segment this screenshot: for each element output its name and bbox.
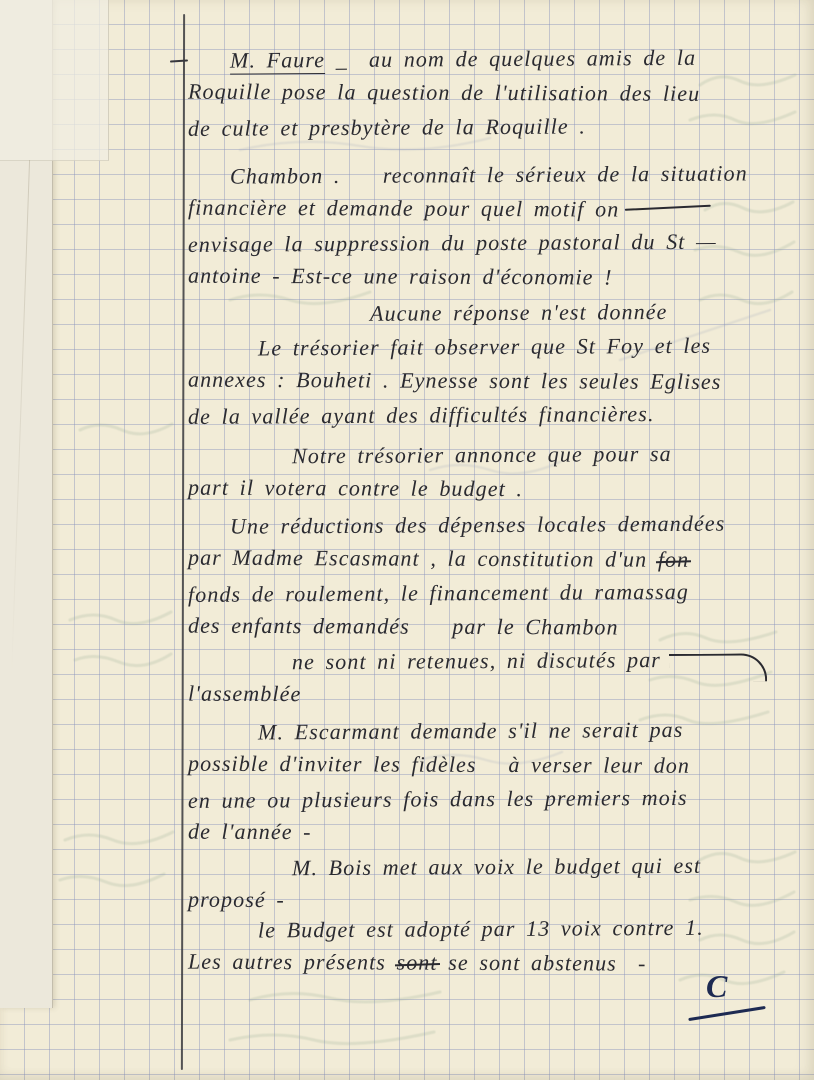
text-segment: Le trésorier fait observer que St Foy et…: [258, 333, 711, 361]
handwritten-line: M. Faure _ au nom de quelques amis de la: [188, 40, 808, 78]
paragraph: M. Escarmant demande s'il ne serait pasp…: [188, 714, 808, 850]
text-segment: de l'année -: [188, 819, 312, 845]
paragraph: Une réductions des dépenses locales dema…: [188, 508, 808, 644]
paragraph: M. Faure _ au nom de quelques amis de la…: [188, 42, 808, 144]
text-segment: Aucune réponse n'est donnée: [370, 299, 668, 326]
handwritten-line: M. Escarmant demande s'il ne serait pas: [188, 712, 808, 750]
text-segment: Roquille pose la question de l'utilisati…: [188, 79, 700, 106]
text-segment: de la vallée ayant des difficultés finan…: [188, 401, 655, 429]
handwritten-line: fonds de roulement, le financement du ra…: [188, 574, 808, 612]
handwritten-line: Une réductions des dépenses locales dema…: [188, 506, 808, 544]
handwritten-line: possible d'inviter les fidèles à verser …: [188, 747, 808, 784]
handwritten-line: envisage la suppression du poste pastora…: [188, 224, 808, 262]
text-segment: possible d'inviter les fidèles à verser …: [188, 751, 690, 778]
text-segment: par Madme Escasmant , la constitution d'…: [188, 545, 658, 572]
page-corner-fold: [0, 0, 109, 161]
text-segment: Une réductions des dépenses locales dema…: [230, 511, 725, 539]
text-segment: envisage la suppression du poste pastora…: [188, 229, 717, 257]
handwritten-line: annexes : Bouheti . Eynesse sont les seu…: [188, 363, 808, 400]
handwritten-line: part il votera contre le budget .: [188, 471, 808, 508]
paragraph: ne sont ni retenues, ni discutés parl'as…: [188, 644, 808, 712]
underline-text: M. Faure: [230, 47, 325, 75]
signature-letter: C: [706, 968, 727, 1005]
text-segment: Chambon . reconnaît le sérieux de la sit…: [230, 160, 748, 188]
paragraph: Aucune réponse n'est donnée: [188, 296, 808, 330]
handwritten-line: de culte et presbytère de la Roquille .: [188, 108, 808, 146]
handwritten-line: par Madme Escasmant , la constitution d'…: [188, 541, 808, 578]
text-segment: Notre trésorier annonce que pour sa: [292, 441, 672, 468]
handwritten-line: le Budget est adopté par 13 voix contre …: [188, 910, 808, 948]
paragraph-dash: [170, 59, 188, 62]
text-segment: fonds de roulement, le financement du ra…: [188, 579, 689, 607]
paragraph: Le trésorier fait observer que St Foy et…: [188, 330, 808, 432]
notebook-page: M. Faure _ au nom de quelques amis de la…: [0, 0, 814, 1080]
text-segment: part il votera contre le budget .: [188, 475, 523, 501]
handwritten-line: Roquille pose la question de l'utilisati…: [188, 75, 808, 112]
margin-line: [181, 14, 185, 1070]
text-segment: Les autres présents: [188, 949, 397, 975]
text-segment: en une ou plusieurs fois dans les premie…: [188, 785, 688, 813]
handwritten-line: financière et demande pour quel motif on: [188, 191, 808, 228]
text-segment: _ au nom de quelques amis de la: [325, 45, 696, 72]
text-segment: proposé -: [188, 887, 285, 912]
handwritten-line: M. Bois met aux voix le budget qui est: [188, 848, 808, 886]
text-segment: annexes : Bouheti . Eynesse sont les seu…: [188, 367, 722, 394]
handwritten-line: Le trésorier fait observer que St Foy et…: [188, 328, 808, 366]
text-segment: l'assemblée: [188, 681, 301, 706]
paragraph: Notre trésorier annonce que pour sapart …: [188, 438, 808, 506]
handwritten-line: antoine - Est-ce une raison d'économie !: [188, 259, 808, 296]
handwritten-line: Notre trésorier annonce que pour sa: [188, 436, 808, 474]
strike-text: fon: [658, 547, 690, 572]
handwritten-text: M. Faure _ au nom de quelques amis de la…: [188, 28, 808, 980]
paragraph: M. Bois met aux voix le budget qui estpr…: [188, 850, 808, 918]
handwritten-line: de l'année -: [188, 815, 808, 852]
text-segment: se sont abstenus -: [438, 950, 647, 976]
handwritten-line: en une ou plusieurs fois dans les premie…: [188, 780, 808, 818]
text-segment: des enfants demandés par le Chambon: [188, 613, 619, 640]
signature-underline: [688, 1006, 766, 1021]
strike-text: sont: [397, 950, 438, 975]
text-segment: le Budget est adopté par 13 voix contre …: [258, 915, 704, 943]
text-segment: antoine - Est-ce une raison d'économie !: [188, 263, 613, 290]
text-segment: M. Escarmant demande s'il ne serait pas: [258, 717, 684, 745]
pen-flourish: [625, 205, 711, 211]
handwritten-line: ne sont ni retenues, ni discutés par: [188, 642, 808, 680]
handwritten-line: Aucune réponse n'est donnée: [188, 294, 808, 332]
handwritten-line: Chambon . reconnaît le sérieux de la sit…: [188, 156, 808, 194]
pen-flourish: [669, 653, 767, 682]
signature-mark: C: [688, 968, 768, 1028]
text-segment: ne sont ni retenues, ni discutés par: [292, 647, 661, 674]
handwritten-line: l'assemblée: [188, 677, 808, 714]
text-segment: financière et demande pour quel motif on: [188, 195, 619, 222]
handwritten-line: de la vallée ayant des difficultés finan…: [188, 396, 808, 434]
paragraph: Chambon . reconnaît le sérieux de la sit…: [188, 158, 808, 294]
text-segment: M. Bois met aux voix le budget qui est: [292, 853, 701, 880]
text-segment: de culte et presbytère de la Roquille .: [188, 113, 586, 140]
handwritten-line: des enfants demandés par le Chambon: [188, 609, 808, 646]
